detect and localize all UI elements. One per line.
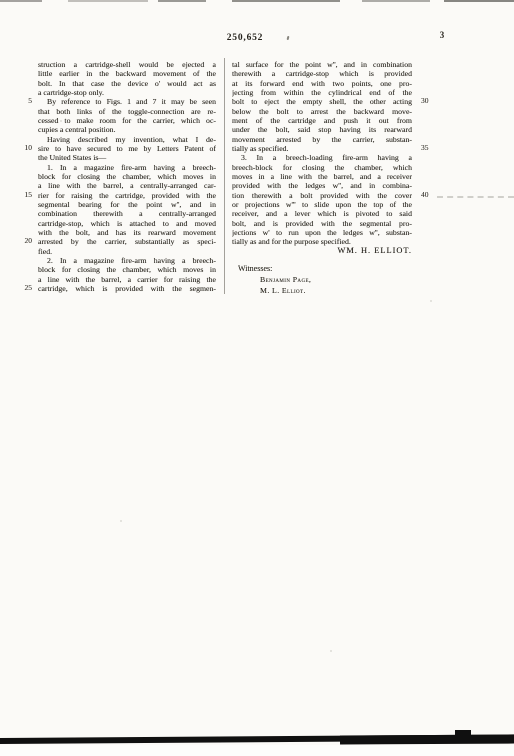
text-line: tal surface for the point w'', and in co…	[232, 60, 412, 69]
text-line: below the bolt to arrest the backward mo…	[232, 107, 412, 116]
scan-mark	[158, 0, 206, 2]
line-number: 20	[16, 236, 32, 245]
text-line: jections w' to run upon the ledges w'', …	[232, 228, 412, 237]
text-line: struction a cartridge-shell would be eje…	[38, 60, 216, 69]
text-line: the United States is—	[38, 153, 216, 162]
text-line: block for closing the chamber, which mov…	[38, 172, 216, 181]
text-line: at its forward end with two points, one …	[232, 79, 412, 88]
text-line: movement arrested by the carrier, substa…	[232, 135, 412, 144]
text-line: segmental bearing for the point w'', and…	[38, 200, 216, 209]
line-number: 35	[421, 143, 435, 152]
text-line: 1. In a magazine fire-arm having a breec…	[38, 163, 216, 172]
witnesses-label: Witnesses:	[238, 264, 272, 273]
scan-edge	[455, 730, 471, 739]
paper-speck	[330, 650, 332, 652]
scan-mark	[444, 0, 514, 2]
scan-mark	[232, 0, 340, 2]
text-line: moves in a line with the barrel, and a r…	[232, 172, 412, 181]
text-line: with the bolt, and has its rearward move…	[38, 228, 216, 237]
line-number: 30	[421, 96, 435, 105]
text-line: combination therewith a centrally-arrang…	[38, 209, 216, 218]
text-line: bolt. In that case the device o' would a…	[38, 79, 216, 88]
text-line: cessed to make room for the carrier, whi…	[38, 116, 216, 125]
text-line: Having described my invention, what I de…	[38, 135, 216, 144]
scan-edge-paper	[0, 745, 514, 756]
text-line: By reference to Figs. 1 and 7 it may be …	[38, 97, 216, 106]
scan-mark	[0, 0, 42, 2]
text-line: 2. In a magazine fire-arm having a breec…	[38, 256, 216, 265]
text-line: jecting from within the cylindrical end …	[232, 88, 412, 97]
text-line: tion therewith a bolt provided with the …	[232, 191, 412, 200]
text-line: or projections w''' to slide upon the to…	[232, 200, 412, 209]
text-line: ment of the cartridge and push it out fr…	[232, 116, 412, 125]
text-line: 3. In a breech-loading fire-arm having a	[232, 153, 412, 162]
text-line: therewith a cartridge-stop which is prov…	[232, 69, 412, 78]
text-line: bolt, and is provided with the segmental…	[232, 219, 412, 228]
paper-speck	[430, 300, 432, 302]
text-line: a line with the barrel, a carrier for ra…	[38, 275, 216, 284]
text-line: a line with the barrel, a centrally-arra…	[38, 181, 216, 190]
scan-mark	[437, 196, 514, 198]
patent-number: 250,652	[165, 33, 325, 43]
text-line: rier for raising the cartridge, provided…	[38, 191, 216, 200]
text-line: cupies a central position.	[38, 125, 216, 134]
left-text-column: struction a cartridge-shell would be eje…	[38, 60, 216, 294]
text-line: cartridge-stop, which is attached to and…	[38, 219, 216, 228]
column-divider-rule	[224, 58, 225, 294]
text-line: block for closing the chamber, which mov…	[38, 265, 216, 274]
text-line: cartridge, which is provided with the se…	[38, 284, 216, 293]
text-line: provided with the ledges w'', and in com…	[232, 181, 412, 190]
right-text-column: tal surface for the point w'', and in co…	[232, 60, 412, 248]
text-line: little earlier in the backward movement …	[38, 69, 216, 78]
text-line: sire to have secured to me by Letters Pa…	[38, 144, 216, 153]
text-line: breech-block for closing the chamber, wh…	[232, 163, 412, 172]
witness-name: Benjamin Page,	[260, 275, 311, 284]
line-number: 15	[16, 190, 32, 199]
inventor-signature: WM. H. ELLIOT.	[232, 246, 412, 255]
text-line: under the bolt, said stop having its rea…	[232, 125, 412, 134]
paper-speck	[120, 520, 122, 522]
patent-document-page: 250,652 3 struction a cartridge-shell wo…	[0, 0, 514, 756]
text-line: that both links of the toggle-connection…	[38, 107, 216, 116]
scan-mark	[362, 0, 430, 2]
witness-name: M. L. Elliot.	[260, 286, 306, 295]
text-line: fied.	[38, 247, 216, 256]
page-number: 3	[432, 30, 452, 40]
text-line: tially as specified.	[232, 144, 412, 153]
line-number: 5	[16, 96, 32, 105]
text-line: bolt to eject the empty shell, the other…	[232, 97, 412, 106]
scan-edge	[340, 735, 514, 745]
line-number: 25	[16, 283, 32, 292]
text-line: receiver, and a lever which is pivoted t…	[232, 209, 412, 218]
text-line: arrested by the carrier, substantially a…	[38, 237, 216, 246]
line-number: 40	[421, 190, 435, 199]
line-number: 10	[16, 143, 32, 152]
scan-mark	[68, 0, 148, 2]
text-line: a cartridge-stop only.	[38, 88, 216, 97]
